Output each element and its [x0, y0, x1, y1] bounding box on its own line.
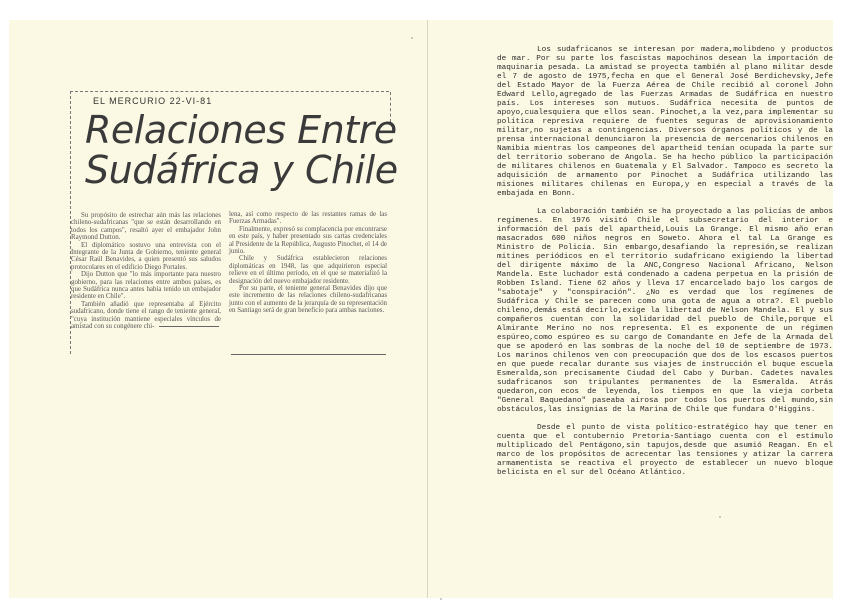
article-column-2: lena, así como respecto de las restantes…: [229, 211, 387, 315]
column-end-rule: [159, 326, 219, 327]
article-paragraph: Chile y Sudáfrica establecieron relacion…: [229, 255, 387, 285]
scan-speck: [411, 37, 413, 39]
article-paragraph: Su propósito de estrechar aún más las re…: [71, 212, 221, 242]
typed-paragraph: Los sudafricanos se interesan por madera…: [497, 46, 833, 199]
typewritten-text: Los sudafricanos se interesan por madera…: [497, 46, 833, 487]
article-paragraph: Dijo Dutton que "lo más importante para …: [71, 271, 221, 301]
scan-speck: [719, 516, 721, 518]
article-paragraph: Finalmente, expresó su complacencia por …: [229, 226, 387, 256]
typed-paragraph: La colaboración también se ha proyectado…: [497, 208, 833, 415]
newspaper-clipping: EL MERCURIO 22-VI-81 Relaciones Entre Su…: [70, 91, 389, 354]
page-fold-divider: [427, 20, 428, 598]
article-paragraph: lena, así como respecto de las restantes…: [229, 211, 387, 226]
article-column-1: Su propósito de estrechar aún más las re…: [71, 212, 221, 331]
column-end-rule: [231, 354, 386, 355]
newspaper-masthead: EL MERCURIO 22-VI-81: [93, 96, 212, 106]
scan-speck: [440, 598, 442, 600]
typed-paragraph: Desde el punto de vista político-estraté…: [497, 424, 833, 478]
article-paragraph: Por su parte, el teniente general Benavi…: [229, 285, 387, 315]
article-paragraph: El diplomático sostuvo una entrevista co…: [71, 242, 221, 272]
headline-line-2: Sudáfrica y Chile: [85, 150, 385, 190]
article-headline: Relaciones Entre Sudáfrica y Chile: [85, 110, 385, 190]
headline-line-1: Relaciones Entre: [85, 110, 385, 150]
